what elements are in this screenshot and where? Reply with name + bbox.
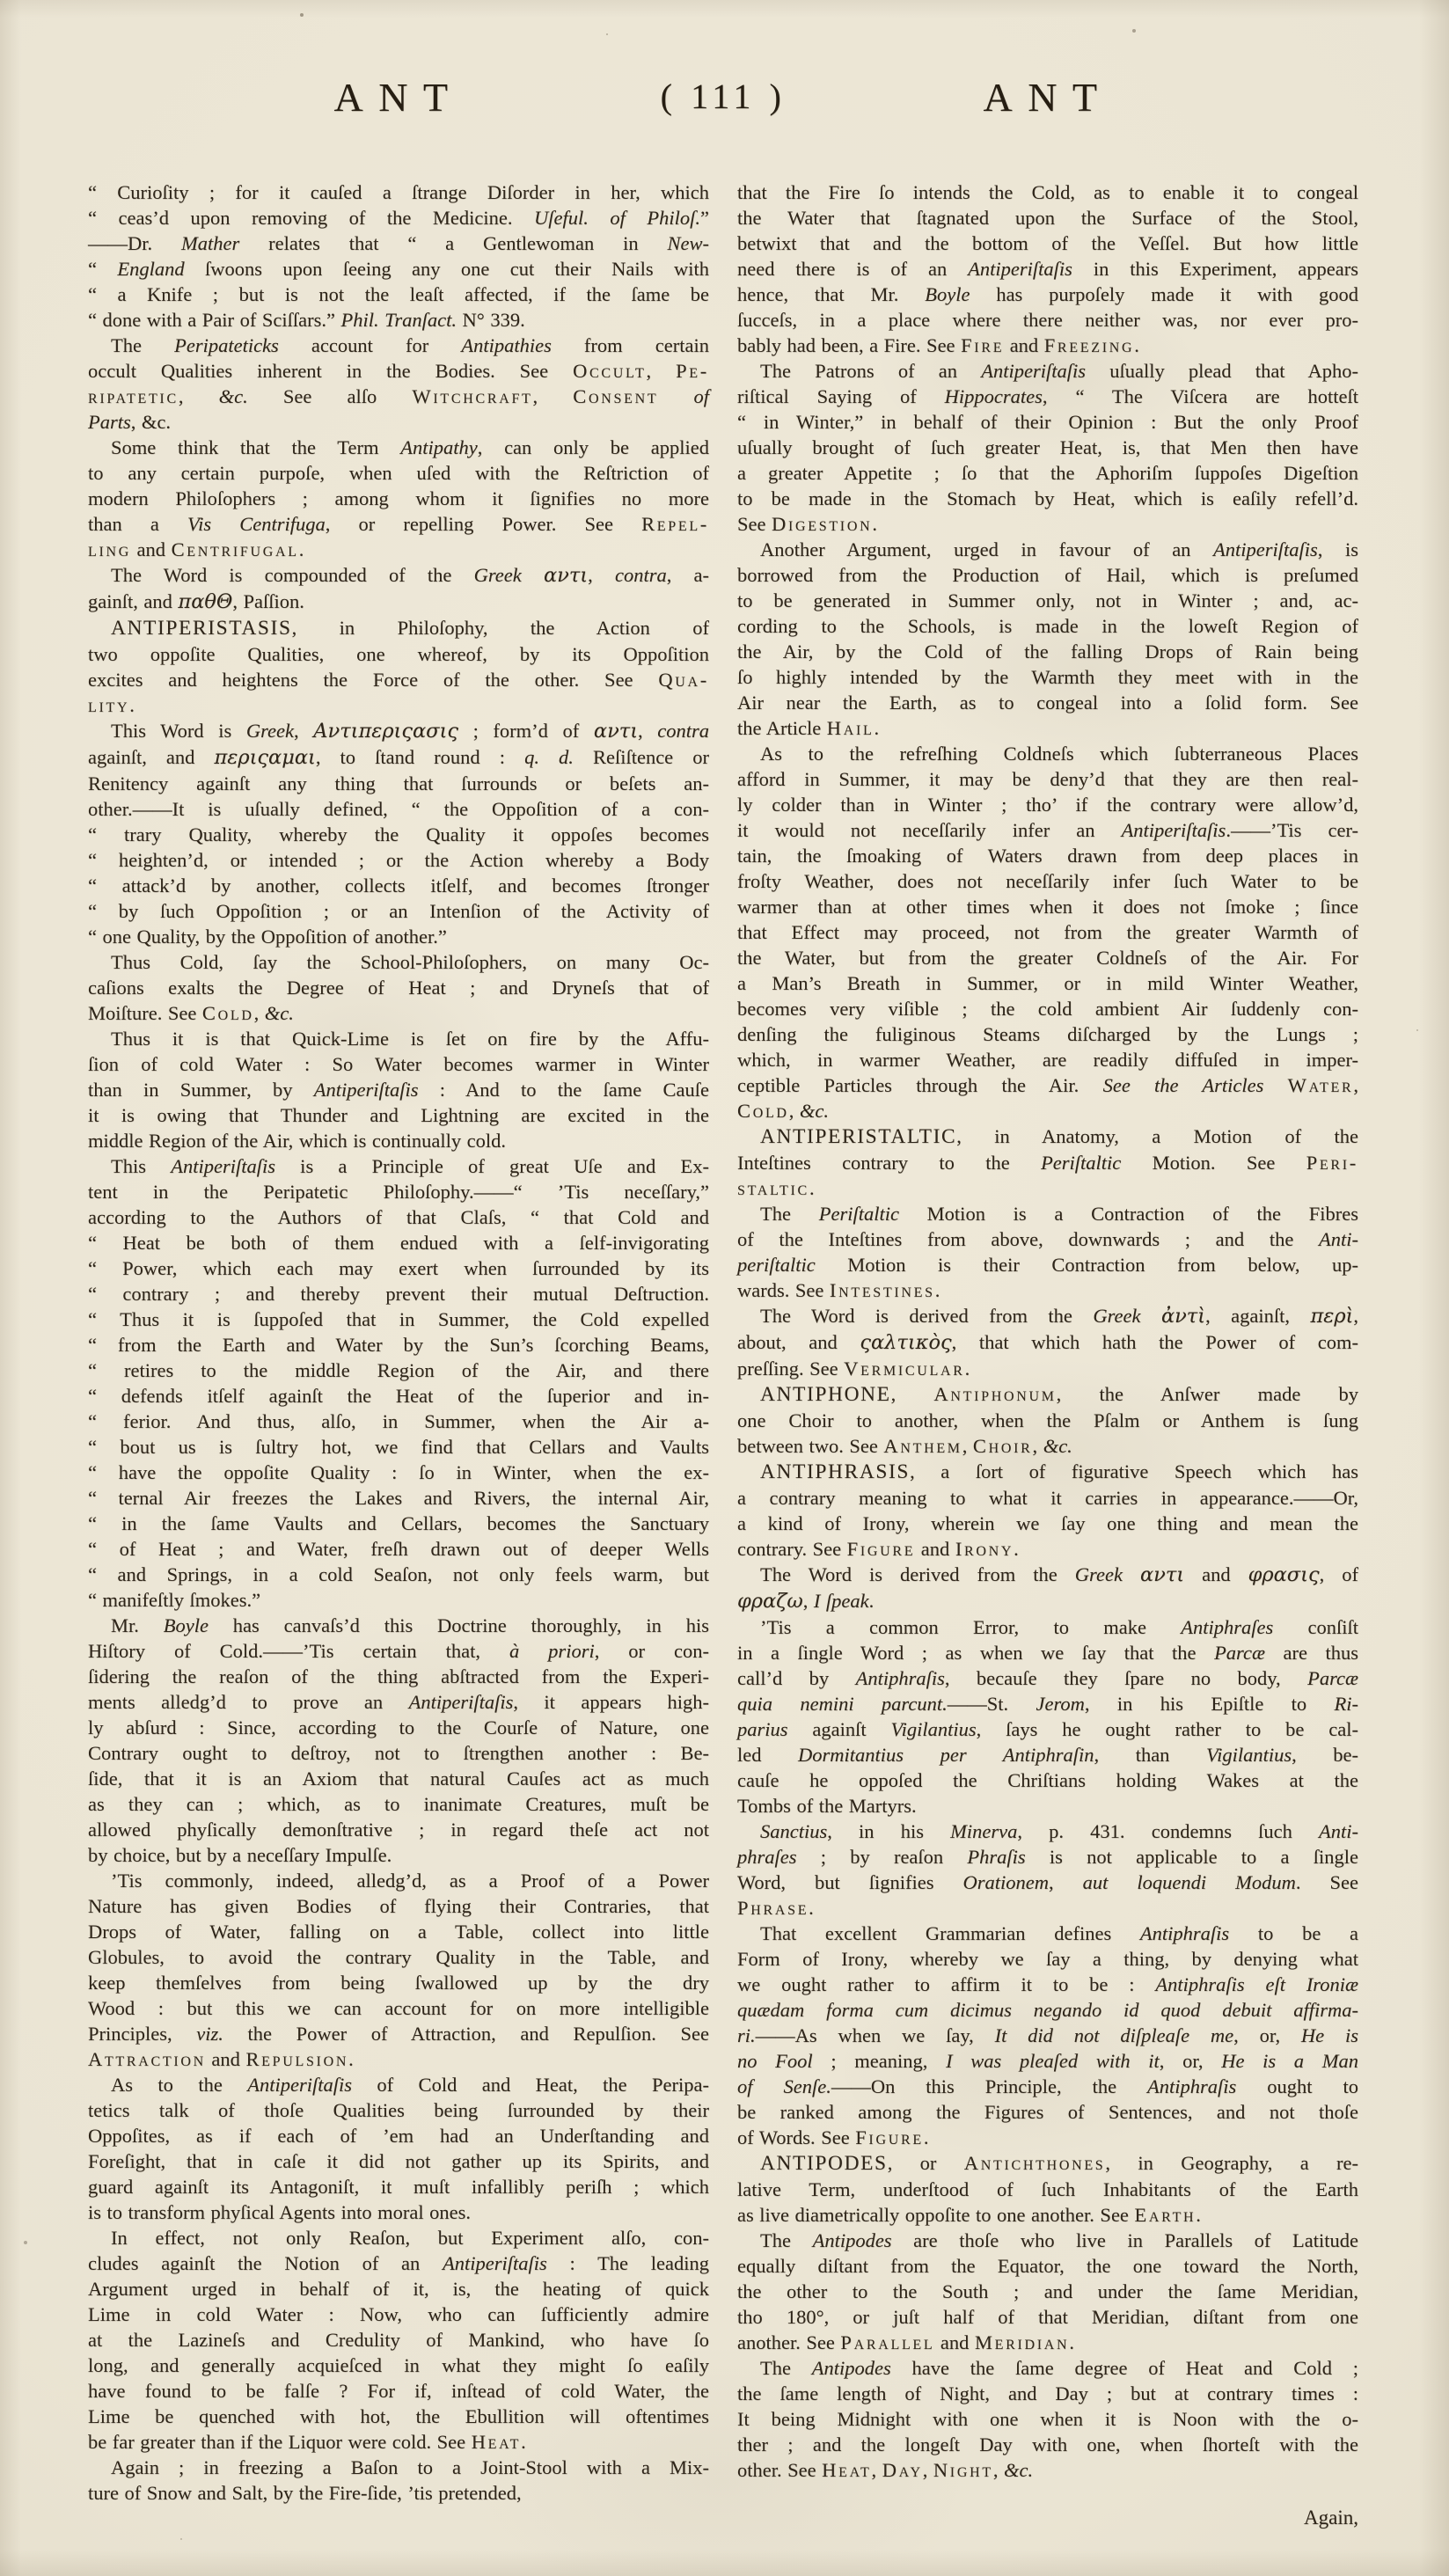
text-line: “ from the Earth and Water by the Sun’s … [88, 1332, 709, 1358]
text-line: tain, the ſmoaking of Waters drawn from … [737, 843, 1358, 868]
text-line: ly abſurd : Since, according to the Cour… [88, 1715, 709, 1740]
column-right: that the Fire ſo intends the Cold, as to… [737, 179, 1358, 2483]
text-line: Foreſight, that in caſe it did not gathe… [88, 2148, 709, 2174]
text-line: the Water, but from the greater Coldneſs… [737, 945, 1358, 970]
text-line: ripatetic, &c. See alſo Witchcraft, Cons… [88, 384, 709, 409]
text-line: that the Fire ſo intends the Cold, as to… [737, 179, 1358, 205]
text-line: ANTIPHONE, Antiphonum, the Anſwer made b… [737, 1381, 1358, 1408]
text-line: Phrase. [737, 1895, 1358, 1921]
text-line: of Words. See Figure. [737, 2125, 1358, 2150]
text-line: to be made in the Stomach by Heat, which… [737, 486, 1358, 511]
text-line: another. See Parallel and Meridian. [737, 2330, 1358, 2355]
text-line: Moiſture. See Cold, &c. [88, 1000, 709, 1026]
text-line: of the Inteſtines from above, downwards … [737, 1226, 1358, 1252]
text-line: “ ferior. And thus, alſo, in Summer, whe… [88, 1409, 709, 1434]
text-line: ther ; and the longeſt Day with one, whe… [737, 2432, 1358, 2457]
text-line: Tombs of the Martyrs. [737, 1793, 1358, 1819]
text-line: froſty Weather, does not neceſſarily inf… [737, 868, 1358, 894]
text-line: ANTIPODES, or Antichthones, in Geography… [737, 2150, 1358, 2177]
text-line: As to the refreſhing Coldneſs which ſubt… [737, 741, 1358, 766]
text-line: The Periſtaltic Motion is a Contraction … [737, 1201, 1358, 1226]
text-line: “ bout us is ſultry hot, we find that Ce… [88, 1434, 709, 1460]
text-line: at the Lazineſs and Credulity of Mankind… [88, 2327, 709, 2353]
text-line: “ attack’d by another, collects itſelf, … [88, 873, 709, 898]
text-line: The Peripateticks account for Antipathie… [88, 333, 709, 358]
text-line: Form of Irony, whereby we ſay a thing, b… [737, 1946, 1358, 1972]
text-line: ANTIPERISTALTIC, in Anatomy, a Motion of… [737, 1123, 1358, 1150]
text-line: cording to the Schools, is made in the l… [737, 613, 1358, 639]
text-line: “ heighten’d, or intended ; or the Actio… [88, 847, 709, 873]
text-line: The Word is derived from the Greek ἀντὶ,… [737, 1303, 1358, 1329]
text-line: “ Heat be both of them endued with a ſel… [88, 1230, 709, 1255]
text-line: Sanctius, in his Minerva, p. 431. condem… [737, 1819, 1358, 1844]
text-line: by choice, but by a neceſſary Impulſe. [88, 1842, 709, 1868]
text-line: φραζω, I ſpeak. [737, 1588, 1358, 1614]
text-line: cauſe he oppoſed the Chriſtians holding … [737, 1767, 1358, 1793]
text-line: Air near the Earth, as to congeal into a… [737, 690, 1358, 715]
text-line: The Antipodes are thoſe who live in Para… [737, 2228, 1358, 2253]
text-line: ANTIPHRASIS, a ſort of figurative Speech… [737, 1459, 1358, 1485]
text-line: the Article Hail. [737, 715, 1358, 741]
text-line: ture of Snow and Salt, by the Fire-ſide,… [88, 2480, 709, 2506]
text-line: “ contrary ; and thereby prevent their m… [88, 1281, 709, 1306]
text-line: Again ; in freezing a Baſon to a Joint-S… [88, 2455, 709, 2480]
text-line: a Man’s Breath in Summer, or in mild Win… [737, 970, 1358, 996]
text-line: than a Vis Centrifuga, or repelling Powe… [88, 511, 709, 537]
text-line: bably had been, a Fire. See Fire and Fre… [737, 333, 1358, 358]
text-line: tetics talk of thoſe Qualities being ſur… [88, 2097, 709, 2123]
text-line: It being Midnight with one when it is No… [737, 2406, 1358, 2432]
text-line: of Senſe.——On this Principle, the Antiph… [737, 2074, 1358, 2099]
text-line: As to the Antiperiſtaſis of Cold and Hea… [88, 2072, 709, 2097]
text-line: other.——It is uſually defined, “ the Opp… [88, 796, 709, 822]
book-page: ANT ( 111 ) ANT “ Curioſity ; for it cau… [0, 0, 1449, 2576]
running-head-right: ANT [737, 74, 1358, 121]
text-line: ſion of cold Water : So Water becomes wa… [88, 1051, 709, 1077]
text-line: a contrary meaning to what it carries in… [737, 1485, 1358, 1511]
page-header: ANT ( 111 ) ANT [88, 74, 1358, 130]
text-line: The Antipodes have the ſame degree of He… [737, 2355, 1358, 2381]
text-line: tent in the Peripatetic Philoſophy.——“ ’… [88, 1179, 709, 1204]
text-line: betwixt that and the bottom of the Veſſe… [737, 231, 1358, 256]
text-line: the ſame length of Night, and Day ; but … [737, 2381, 1358, 2406]
text-line: to any certain purpoſe, when uſed with t… [88, 460, 709, 486]
text-line: phraſes ; by reaſon Phraſis is not appli… [737, 1844, 1358, 1870]
text-line: one Choir to another, when the Pſalm or … [737, 1408, 1358, 1433]
text-line: have found to be falſe ? For if, inſtead… [88, 2378, 709, 2404]
text-line: “ trary Quality, whereby the Quality it … [88, 822, 709, 847]
text-line: contrary. See Figure and Irony. [737, 1536, 1358, 1562]
text-line: “ manifeſtly ſmokes.” [88, 1587, 709, 1613]
text-line: the Water that ſtagnated upon the Surfac… [737, 205, 1358, 231]
text-line: “ of Heat ; and Water, freſh drawn out o… [88, 1536, 709, 1562]
text-line: excites and heightens the Force of the o… [88, 667, 709, 692]
text-line: no Fool ; meaning, I was pleaſed with it… [737, 2048, 1358, 2074]
text-line: ſo highly intended by the Warmth they me… [737, 664, 1358, 690]
text-line: equally diſtant from the Equator, the on… [737, 2253, 1358, 2279]
text-line: we ought rather to affirm it to be : Ant… [737, 1972, 1358, 1997]
text-line: Mr. Boyle has canvaſs’d this Doctrine th… [88, 1613, 709, 1638]
text-line: “ a Knife ; but is not the leaſt affecte… [88, 282, 709, 307]
text-line: Hiſtory of Cold.——’Tis certain that, à p… [88, 1638, 709, 1664]
text-line: “ one Quality, by the Oppoſition of anot… [88, 924, 709, 949]
text-line: The Word is compounded of the Greek αντι… [88, 562, 709, 589]
text-line: ri.——As when we ſay, It did not diſpleaſ… [737, 2023, 1358, 2048]
ink-specks [0, 0, 2, 2]
text-line: hence, that Mr. Boyle has purpoſely made… [737, 282, 1358, 307]
text-line: modern Philoſophers ; among whom it ſign… [88, 486, 709, 511]
text-line: “ by ſuch Oppoſition ; or an Intenſion o… [88, 898, 709, 924]
text-line: borrowed from the Production of Hail, wh… [737, 562, 1358, 588]
text-line: “ retires to the middle Region of the Ai… [88, 1358, 709, 1383]
text-line: Wood : but this we can account for on mo… [88, 1995, 709, 2021]
text-line: it is owing that Thunder and Lightning a… [88, 1102, 709, 1128]
text-line: “ Thus it is ſuppoſed that in Summer, th… [88, 1306, 709, 1332]
text-line: keep themſelves from being ſwallowed up … [88, 1970, 709, 1995]
text-line: caſions exalts the Degree of Heat ; and … [88, 975, 709, 1000]
text-line: that Effect may proceed, not from the gr… [737, 919, 1358, 945]
catchword: Again, [737, 2506, 1358, 2529]
text-line: ling and Centrifugal. [88, 537, 709, 562]
text-line: a greater Appetite ; ſo that the Aphoriſ… [737, 460, 1358, 486]
text-line: according to the Authors of that Claſs, … [88, 1204, 709, 1230]
text-line: becomes very viſible ; the cold ambient … [737, 996, 1358, 1021]
text-line: a kind of Irony, wherein we ſay one thin… [737, 1511, 1358, 1536]
text-line: Renitency againſt any thing that ſurroun… [88, 771, 709, 796]
text-line: That excellent Grammarian defines Antiph… [737, 1921, 1358, 1946]
text-line: parius againſt Vigilantius, ſays he ough… [737, 1716, 1358, 1742]
text-line: tho 180°, or juſt half of that Meridian,… [737, 2304, 1358, 2330]
text-line: Principles, viz. the Power of Attraction… [88, 2021, 709, 2046]
text-line: which, in warmer Weather, are readily di… [737, 1047, 1358, 1072]
text-line: gainſt, and παθΘ, Paſſion. [88, 589, 709, 615]
text-line: between two. See Anthem, Choir, &c. [737, 1433, 1358, 1459]
text-line: “ ceas’d upon removing of the Medicine. … [88, 205, 709, 231]
text-line: be far greater than if the Liquor were c… [88, 2429, 709, 2455]
text-line: preſſing. See Vermicular. [737, 1356, 1358, 1381]
text-line: long, and generally acquieſced in what t… [88, 2353, 709, 2378]
text-line: ſidering the reaſon of the thing abſtrac… [88, 1664, 709, 1689]
text-line: ——Dr. Mather relates that “ a Gentlewoma… [88, 231, 709, 256]
text-line: Cold, &c. [737, 1098, 1358, 1123]
text-line: ments alledg’d to prove an Antiperiſtaſi… [88, 1689, 709, 1715]
text-line: Thus Cold, ſay the School-Philoſophers, … [88, 949, 709, 975]
text-line: This Antiperiſtaſis is a Principle of gr… [88, 1153, 709, 1179]
text-line: afford in Summer, it may be deny’d that … [737, 766, 1358, 792]
text-line: call’d by Antiphraſis, becauſe they ſpar… [737, 1665, 1358, 1691]
text-line: In effect, not only Reaſon, but Experime… [88, 2225, 709, 2250]
text-line: uſually brought of ſuch greater Heat, is… [737, 435, 1358, 460]
text-line: about, and ςαλτικὸς, that which hath the… [737, 1329, 1358, 1356]
text-line: in a ſingle Word ; as when we ſay that t… [737, 1640, 1358, 1665]
text-line: Some think that the Term Antipathy, can … [88, 435, 709, 460]
text-line: riſtical Saying of Hippocrates, “ The Vi… [737, 384, 1358, 409]
text-line: “ in Winter,” in behalf of their Opinion… [737, 409, 1358, 435]
text-line: Oppoſites, as if each of ’em had an Unde… [88, 2123, 709, 2148]
text-line: need there is of an Antiperiſtaſis in th… [737, 256, 1358, 282]
text-line: as live diametrically oppoſite to one an… [737, 2202, 1358, 2228]
column-left: “ Curioſity ; for it cauſed a ſtrange Di… [88, 179, 709, 2506]
text-line: The Word is derived from the Greek αντι … [737, 1562, 1358, 1588]
text-line: cludes againſt the Notion of an Antiperi… [88, 2250, 709, 2276]
text-line: ſide, that it is an Axiom that natural C… [88, 1766, 709, 1791]
text-line: Nature has given Bodies of flying their … [88, 1893, 709, 1919]
text-line: “ Curioſity ; for it cauſed a ſtrange Di… [88, 179, 709, 205]
text-line: This Word is Greek, Αντιπεριςασις ; form… [88, 718, 709, 744]
text-line: Globules, to avoid the contrary Quality … [88, 1944, 709, 1970]
text-line: as they can ; which, as to inanimate Cre… [88, 1791, 709, 1817]
text-line: quædam forma cum dicimus negando id quod… [737, 1997, 1358, 2023]
text-line: staltic. [737, 1175, 1358, 1201]
text-line: lative Term, underſtood of ſuch Inhabita… [737, 2177, 1358, 2202]
text-line: ANTIPERISTASIS, in Philoſophy, the Actio… [88, 615, 709, 641]
text-line: other. See Heat, Day, Night, &c. [737, 2457, 1358, 2483]
text-line: lity. [88, 692, 709, 718]
text-line: Thus it is that Quick-Lime is ſet on fir… [88, 1026, 709, 1051]
text-line: “ have the oppoſite Quality : ſo in Wint… [88, 1460, 709, 1485]
text-line: againſt, and περιςαμαι, to ſtand round :… [88, 744, 709, 771]
text-line: Attraction and Repulsion. [88, 2046, 709, 2072]
text-line: two oppoſite Qualities, one whereof, by … [88, 641, 709, 667]
text-line: “ done with a Pair of Sciſſars.” Phil. T… [88, 307, 709, 333]
text-line: Lime in cold Water : Now, who can ſuffic… [88, 2302, 709, 2327]
text-line: “ ternal Air freezes the Lakes and River… [88, 1485, 709, 1511]
text-line: Argument urged in behalf of it, is, the … [88, 2276, 709, 2302]
text-line: to be generated in Summer only, not in W… [737, 588, 1358, 613]
text-line: Another Argument, urged in favour of an … [737, 537, 1358, 562]
text-line: Contrary ought to deſtroy, not to ſtreng… [88, 1740, 709, 1766]
text-line: “ in the ſame Vaults and Cellars, become… [88, 1511, 709, 1536]
text-line: periſtaltic Motion is their Contraction … [737, 1252, 1358, 1277]
text-line: ceptible Particles through the Air. See … [737, 1072, 1358, 1098]
text-line: The Patrons of an Antiperiſtaſis uſually… [737, 358, 1358, 384]
text-line: ſucceſs, in a place where there neither … [737, 307, 1358, 333]
text-line: ’Tis a common Error, to make Antiphraſes… [737, 1614, 1358, 1640]
text-line: Drops of Water, falling on a Table, coll… [88, 1919, 709, 1944]
text-line: it would not neceſſarily infer an Antipe… [737, 817, 1358, 843]
text-line: than in Summer, by Antiperiſtaſis : And … [88, 1077, 709, 1102]
text-line: led Dormitantius per Antiphraſin, than V… [737, 1742, 1358, 1767]
text-line: ’Tis commonly, indeed, alledg’d, as a Pr… [88, 1868, 709, 1893]
text-line: warmer than at other times when it does … [737, 894, 1358, 919]
text-line: quia nemini parcunt.——St. Jerom, in his … [737, 1691, 1358, 1716]
text-line: ly colder than in Winter ; tho’ if the c… [737, 792, 1358, 817]
text-line: Lime be quenched with hot, the Ebullitio… [88, 2404, 709, 2429]
text-line: wards. See Intestines. [737, 1277, 1358, 1303]
text-line: occult Qualities inherent in the Bodies.… [88, 358, 709, 384]
text-line: is to transform phyſical Agents into mor… [88, 2199, 709, 2225]
text-line: Inteſtines contrary to the Periſtaltic M… [737, 1150, 1358, 1175]
text-line: “ Power, which each may exert when ſurro… [88, 1255, 709, 1281]
text-line: middle Region of the Air, which is conti… [88, 1128, 709, 1153]
text-line: the Air, by the Cold of the falling Drop… [737, 639, 1358, 664]
text-line: Parts, &c. [88, 409, 709, 435]
text-line: “ England ſwoons upon ſeeing any one cut… [88, 256, 709, 282]
text-line: allowed phyſically demonſtrative ; in re… [88, 1817, 709, 1842]
text-line: denſing the fuliginous Steams diſcharged… [737, 1021, 1358, 1047]
text-line: be ranked among the Figures of Sentences… [737, 2099, 1358, 2125]
text-line: See Digestion. [737, 511, 1358, 537]
text-line: Word, but ſignifies Orationem, aut loque… [737, 1870, 1358, 1895]
text-line: “ defends itſelf againſt the Heat of the… [88, 1383, 709, 1409]
text-line: guard againſt its Antagoniſt, it muſt in… [88, 2174, 709, 2199]
text-line: “ and Springs, in a cold Seaſon, not onl… [88, 1562, 709, 1587]
text-line: the other to the South ; and under the ſ… [737, 2279, 1358, 2304]
